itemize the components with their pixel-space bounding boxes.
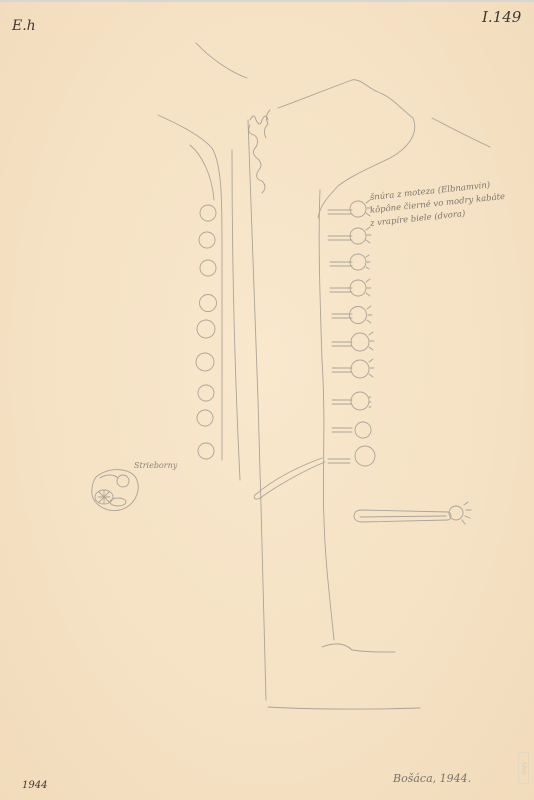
inscription-top-right: I.149	[482, 8, 521, 26]
inscription-top-left: E.h	[12, 18, 36, 34]
right-hem	[322, 644, 395, 652]
detail-label: Strieborny	[134, 461, 177, 470]
right-shoulder-line	[432, 118, 490, 147]
left-shoulder-line	[196, 43, 247, 78]
left-buttons	[196, 205, 217, 459]
right-collar-scallop	[264, 110, 270, 138]
collection-stamp: SNG	[518, 752, 529, 784]
left-front-edge-inner	[190, 145, 214, 200]
left-panel-line	[232, 150, 240, 480]
silver-button-detail	[92, 470, 138, 511]
right-buttons-with-frogs	[328, 200, 375, 466]
pocket-flap-stroke	[254, 458, 325, 499]
right-front-edge	[319, 190, 334, 640]
center-line	[248, 120, 266, 700]
frog-detail	[354, 502, 471, 524]
inscription-place-date: Bošáca, 1944.	[393, 772, 471, 785]
bottom-hem	[268, 707, 420, 709]
left-front-edge	[158, 115, 222, 460]
inscription-bottom-left: 1944	[22, 780, 47, 791]
drawing-sheet: E.h I.149 šnúra z moteza (Elbnamvin) kôp…	[0, 0, 534, 800]
garment-sketch	[0, 0, 534, 800]
